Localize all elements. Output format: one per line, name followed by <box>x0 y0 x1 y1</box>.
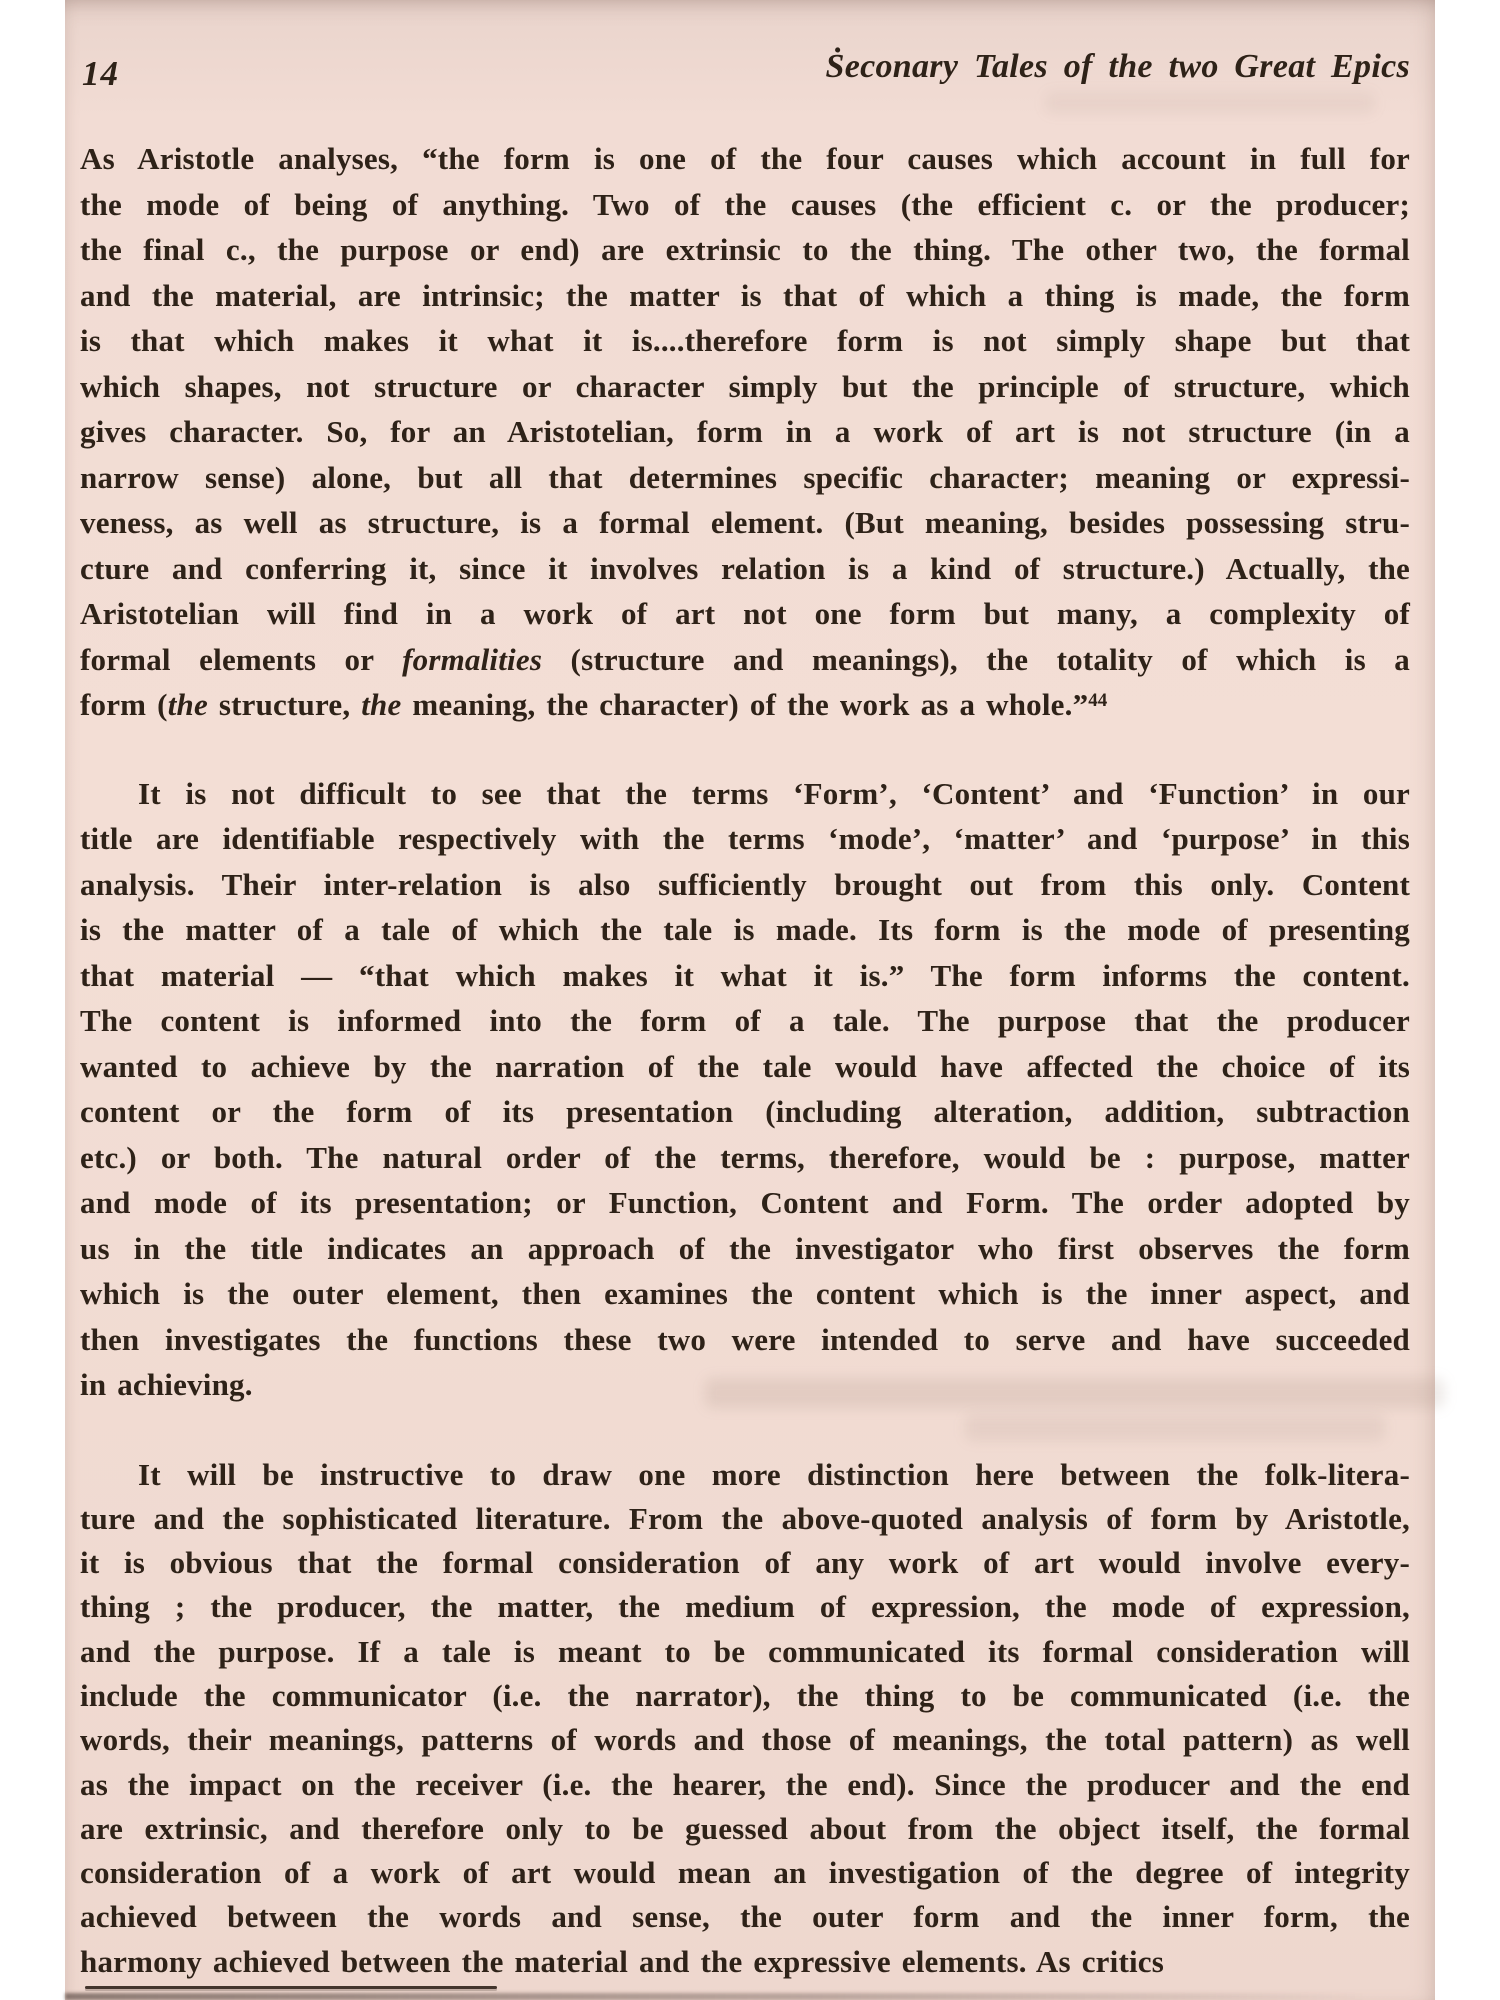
paragraph: It is not difficult to see that the term… <box>80 771 1410 1408</box>
text-line: and mode of its presentation; or Functio… <box>80 1180 1410 1226</box>
text-line: Aristotelian will find in a work of art … <box>80 591 1410 637</box>
text-line: veness, as well as structure, is a forma… <box>80 500 1410 546</box>
text-line: etc.) or both. The natural order of the … <box>80 1135 1410 1181</box>
text-line: it is obvious that the formal considerat… <box>80 1541 1410 1585</box>
text-line: achieved between the words and sense, th… <box>80 1895 1410 1939</box>
bleed-through-smudge <box>965 1415 1385 1441</box>
text-line: and the material, are intrinsic; the mat… <box>80 273 1410 319</box>
text-line: It is not difficult to see that the term… <box>80 771 1410 817</box>
text-line: ture and the sophisticated literature. F… <box>80 1497 1410 1541</box>
text-line: formal elements or formalities (structur… <box>80 637 1410 683</box>
text-line: the final c., the purpose or end) are ex… <box>80 227 1410 273</box>
text-line: as the impact on the receiver (i.e. the … <box>80 1763 1410 1807</box>
text-line: and the purpose. If a tale is meant to b… <box>80 1630 1410 1674</box>
paragraph: As Aristotle analyses, “the form is one … <box>80 136 1410 728</box>
book-page: 14 Ṡeconary Tales of the two Great Epics… <box>65 0 1435 2000</box>
text-line: include the communicator (i.e. the narra… <box>80 1674 1410 1718</box>
running-title: Ṡeconary Tales of the two Great Epics <box>826 48 1411 86</box>
text-line: analysis. Their inter-relation is also s… <box>80 862 1410 908</box>
bleed-through-smudge <box>705 1378 1445 1408</box>
text-line: gives character. So, for an Aristotelian… <box>80 409 1410 455</box>
text-line: that material — “that which makes it wha… <box>80 953 1410 999</box>
text-line: is that which makes it what it is....the… <box>80 318 1410 364</box>
text-line: cture and conferring it, since it involv… <box>80 546 1410 592</box>
text-line: us in the title indicates an approach of… <box>80 1226 1410 1272</box>
text-line: words, their meanings, patterns of words… <box>80 1718 1410 1762</box>
text-line: is the matter of a tale of which the tal… <box>80 907 1410 953</box>
text-line: thing ; the producer, the matter, the me… <box>80 1585 1410 1629</box>
text-line: consideration of a work of art would mea… <box>80 1851 1410 1895</box>
text-line: title are identifiable respectively with… <box>80 816 1410 862</box>
page-number: 14 <box>82 54 119 94</box>
text-line: content or the form of its presentation … <box>80 1089 1410 1135</box>
text-line: It will be instructive to draw one more … <box>80 1453 1410 1497</box>
text-line: As Aristotle analyses, “the form is one … <box>80 136 1410 182</box>
bleed-through-smudge <box>1045 92 1375 114</box>
text-body: As Aristotle analyses, “the form is one … <box>80 136 1410 1984</box>
text-line: harmony achieved between the material an… <box>80 1940 1410 1984</box>
paragraph: It will be instructive to draw one more … <box>80 1453 1410 1985</box>
text-line: which shapes, not structure or character… <box>80 364 1410 410</box>
text-line: then investigates the functions these tw… <box>80 1317 1410 1363</box>
text-line: which is the outer element, then examine… <box>80 1271 1410 1317</box>
text-line: narrow sense) alone, but all that determ… <box>80 455 1410 501</box>
text-line: wanted to achieve by the narration of th… <box>80 1044 1410 1090</box>
text-line: The content is informed into the form of… <box>80 998 1410 1044</box>
text-line: the mode of being of anything. Two of th… <box>80 182 1410 228</box>
footnote-separator-rule <box>85 1986 497 1989</box>
text-line: form (the structure, the meaning, the ch… <box>80 682 1410 728</box>
text-line: are extrinsic, and therefore only to be … <box>80 1807 1410 1851</box>
scanned-book-page-screenshot: { "colors": { "paper": "#f2dcd4", "ink":… <box>0 0 1500 2000</box>
